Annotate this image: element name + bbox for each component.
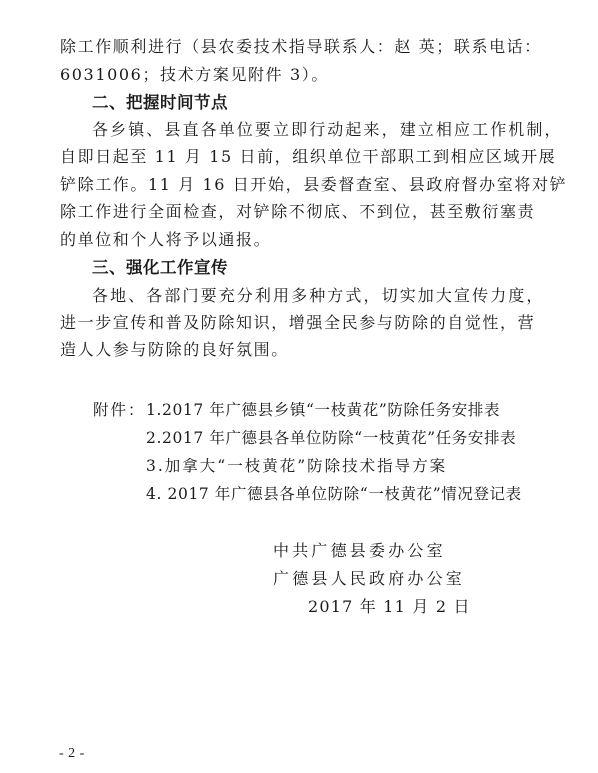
section-heading: 三、强化工作宣传 [92, 258, 228, 278]
signature-org-2: 广德县人民政府办公室 [273, 569, 465, 589]
paragraph-line: 的单位和个人将予以通报。 [60, 230, 271, 250]
attachments-label: 附件： [93, 400, 146, 420]
attachment-item: 1.2017 年广德县乡镇“一枝黄花”防除任务安排表 [146, 400, 500, 420]
section-heading: 二、把握时间节点 [92, 93, 228, 113]
paragraph-line: 6031006；技术方案见附件 3）。 [60, 65, 329, 85]
paragraph-line: 除工作顺利进行（县农委技术指导联系人：赵 英；联系电话： [60, 37, 522, 57]
signature-date: 2017 年 11 月 2 日 [308, 597, 471, 617]
paragraph-line: 各地、各部门要充分利用多种方式，切实加大宣传力度， [92, 286, 545, 306]
signature-org-1: 中共广德县委办公室 [273, 541, 446, 561]
attachment-item: 4. 2017 年广德县各单位防除“一枝黄花”情况登记表 [146, 484, 522, 504]
paragraph-line: 自即日起至 11 月 15 日前，组织单位干部职工到相应区域开展 [60, 147, 522, 167]
paragraph-line: 除工作进行全面检查，对铲除不彻底、不到位，甚至敷衍塞责 [60, 202, 522, 222]
attachment-item: 3.加拿大“一枝黄花”防除技术指导方案 [146, 456, 447, 476]
paragraph-line: 铲除工作。11 月 16 日开始，县委督查室、县政府督办室将对铲 [60, 175, 522, 195]
paragraph-line: 进一步宣传和普及防除知识，增强全民参与防除的自觉性，营 [60, 313, 522, 333]
document-page: 除工作顺利进行（县农委技术指导联系人：赵 英；联系电话： 6031006；技术方… [0, 0, 598, 773]
paragraph-line: 各乡镇、县直各单位要立即行动起来，建立相应工作机制， [92, 120, 563, 140]
page-number: - 2 - [59, 746, 85, 762]
attachment-item: 2.2017 年广德县各单位防除“一枝黄花”任务安排表 [146, 428, 516, 448]
paragraph-line: 造人人参与防除的良好氛围。 [60, 340, 289, 360]
